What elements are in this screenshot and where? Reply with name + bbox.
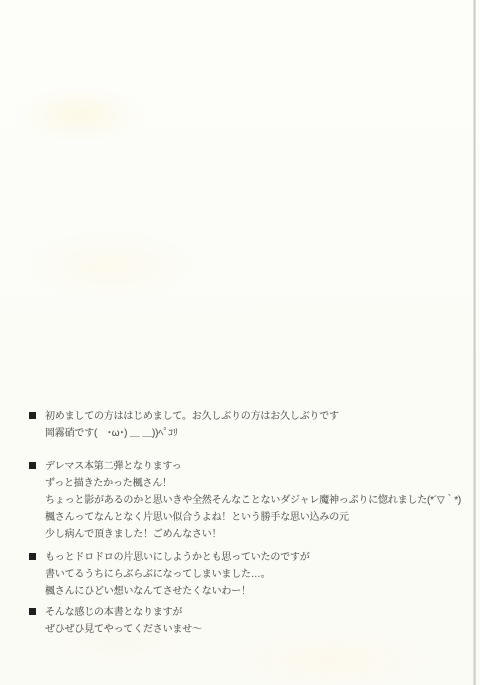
section-text: もっとドロドロの片思いにしようかとも思っていたのですが 書いてるうちにらぶらぶに… [45,549,458,600]
text-line: デレマス本第二弾となりますっ [45,458,458,475]
text-line: ぜひぜひ見てやってくださいませ～ [45,621,458,638]
page-edge-scan-line [473,0,476,685]
text-line: 書いてるうちにらぶらぶになってしまいました…。 [45,566,458,583]
text-line: もっとドロドロの片思いにしようかとも思っていたのですが [45,549,458,566]
section-text: デレマス本第二弾となりますっ ずっと描きたかった楓さん！ ちょっと影があるのかと… [45,458,458,543]
text-line: そんな感じの本書となりますが [45,604,458,621]
text-line: 初めましての方ははじめまして。お久しぶりの方はお久しぶりです [45,408,458,425]
bullet-square-icon [29,553,36,560]
scanned-afterword-page: 初めましての方ははじめまして。お久しぶりの方はお久しぶりです 岡霧硝です( ･ω… [0,0,480,685]
afterword-section-closing: そんな感じの本書となりますが ぜひぜひ見てやってくださいませ～ [28,604,458,638]
text-line: ちょっと影があるのかと思いきや全然そんなことないダジャレ魔神っぷりに惚れました(… [45,492,458,509]
section-text: 初めましての方ははじめまして。お久しぶりの方はお久しぶりです 岡霧硝です( ･ω… [45,408,458,442]
section-text: そんな感じの本書となりますが ぜひぜひ見てやってくださいませ～ [45,604,458,638]
text-line: 楓さんってなんとなく片思い似合うよね！という勝手な思い込みの元 [45,509,458,526]
text-line: 少し病んで頂きました！ごめんなさい！ [45,526,458,543]
bullet-square-icon [29,608,36,615]
text-line: 岡霧硝です( ･ω･) ＿ ＿))ﾍﾟｺﾘ [45,425,458,442]
text-line: ずっと描きたかった楓さん！ [45,475,458,492]
bullet-square-icon [29,412,36,419]
afterword-section-story-notes: もっとドロドロの片思いにしようかとも思っていたのですが 書いてるうちにらぶらぶに… [28,549,458,600]
afterword-section-about-book: デレマス本第二弾となりますっ ずっと描きたかった楓さん！ ちょっと影があるのかと… [28,458,458,543]
text-line: 楓さんにひどい想いなんてさせたくないわー！ [45,583,458,600]
bullet-square-icon [29,462,36,469]
afterword-section-greeting: 初めましての方ははじめまして。お久しぶりの方はお久しぶりです 岡霧硝です( ･ω… [28,408,458,442]
